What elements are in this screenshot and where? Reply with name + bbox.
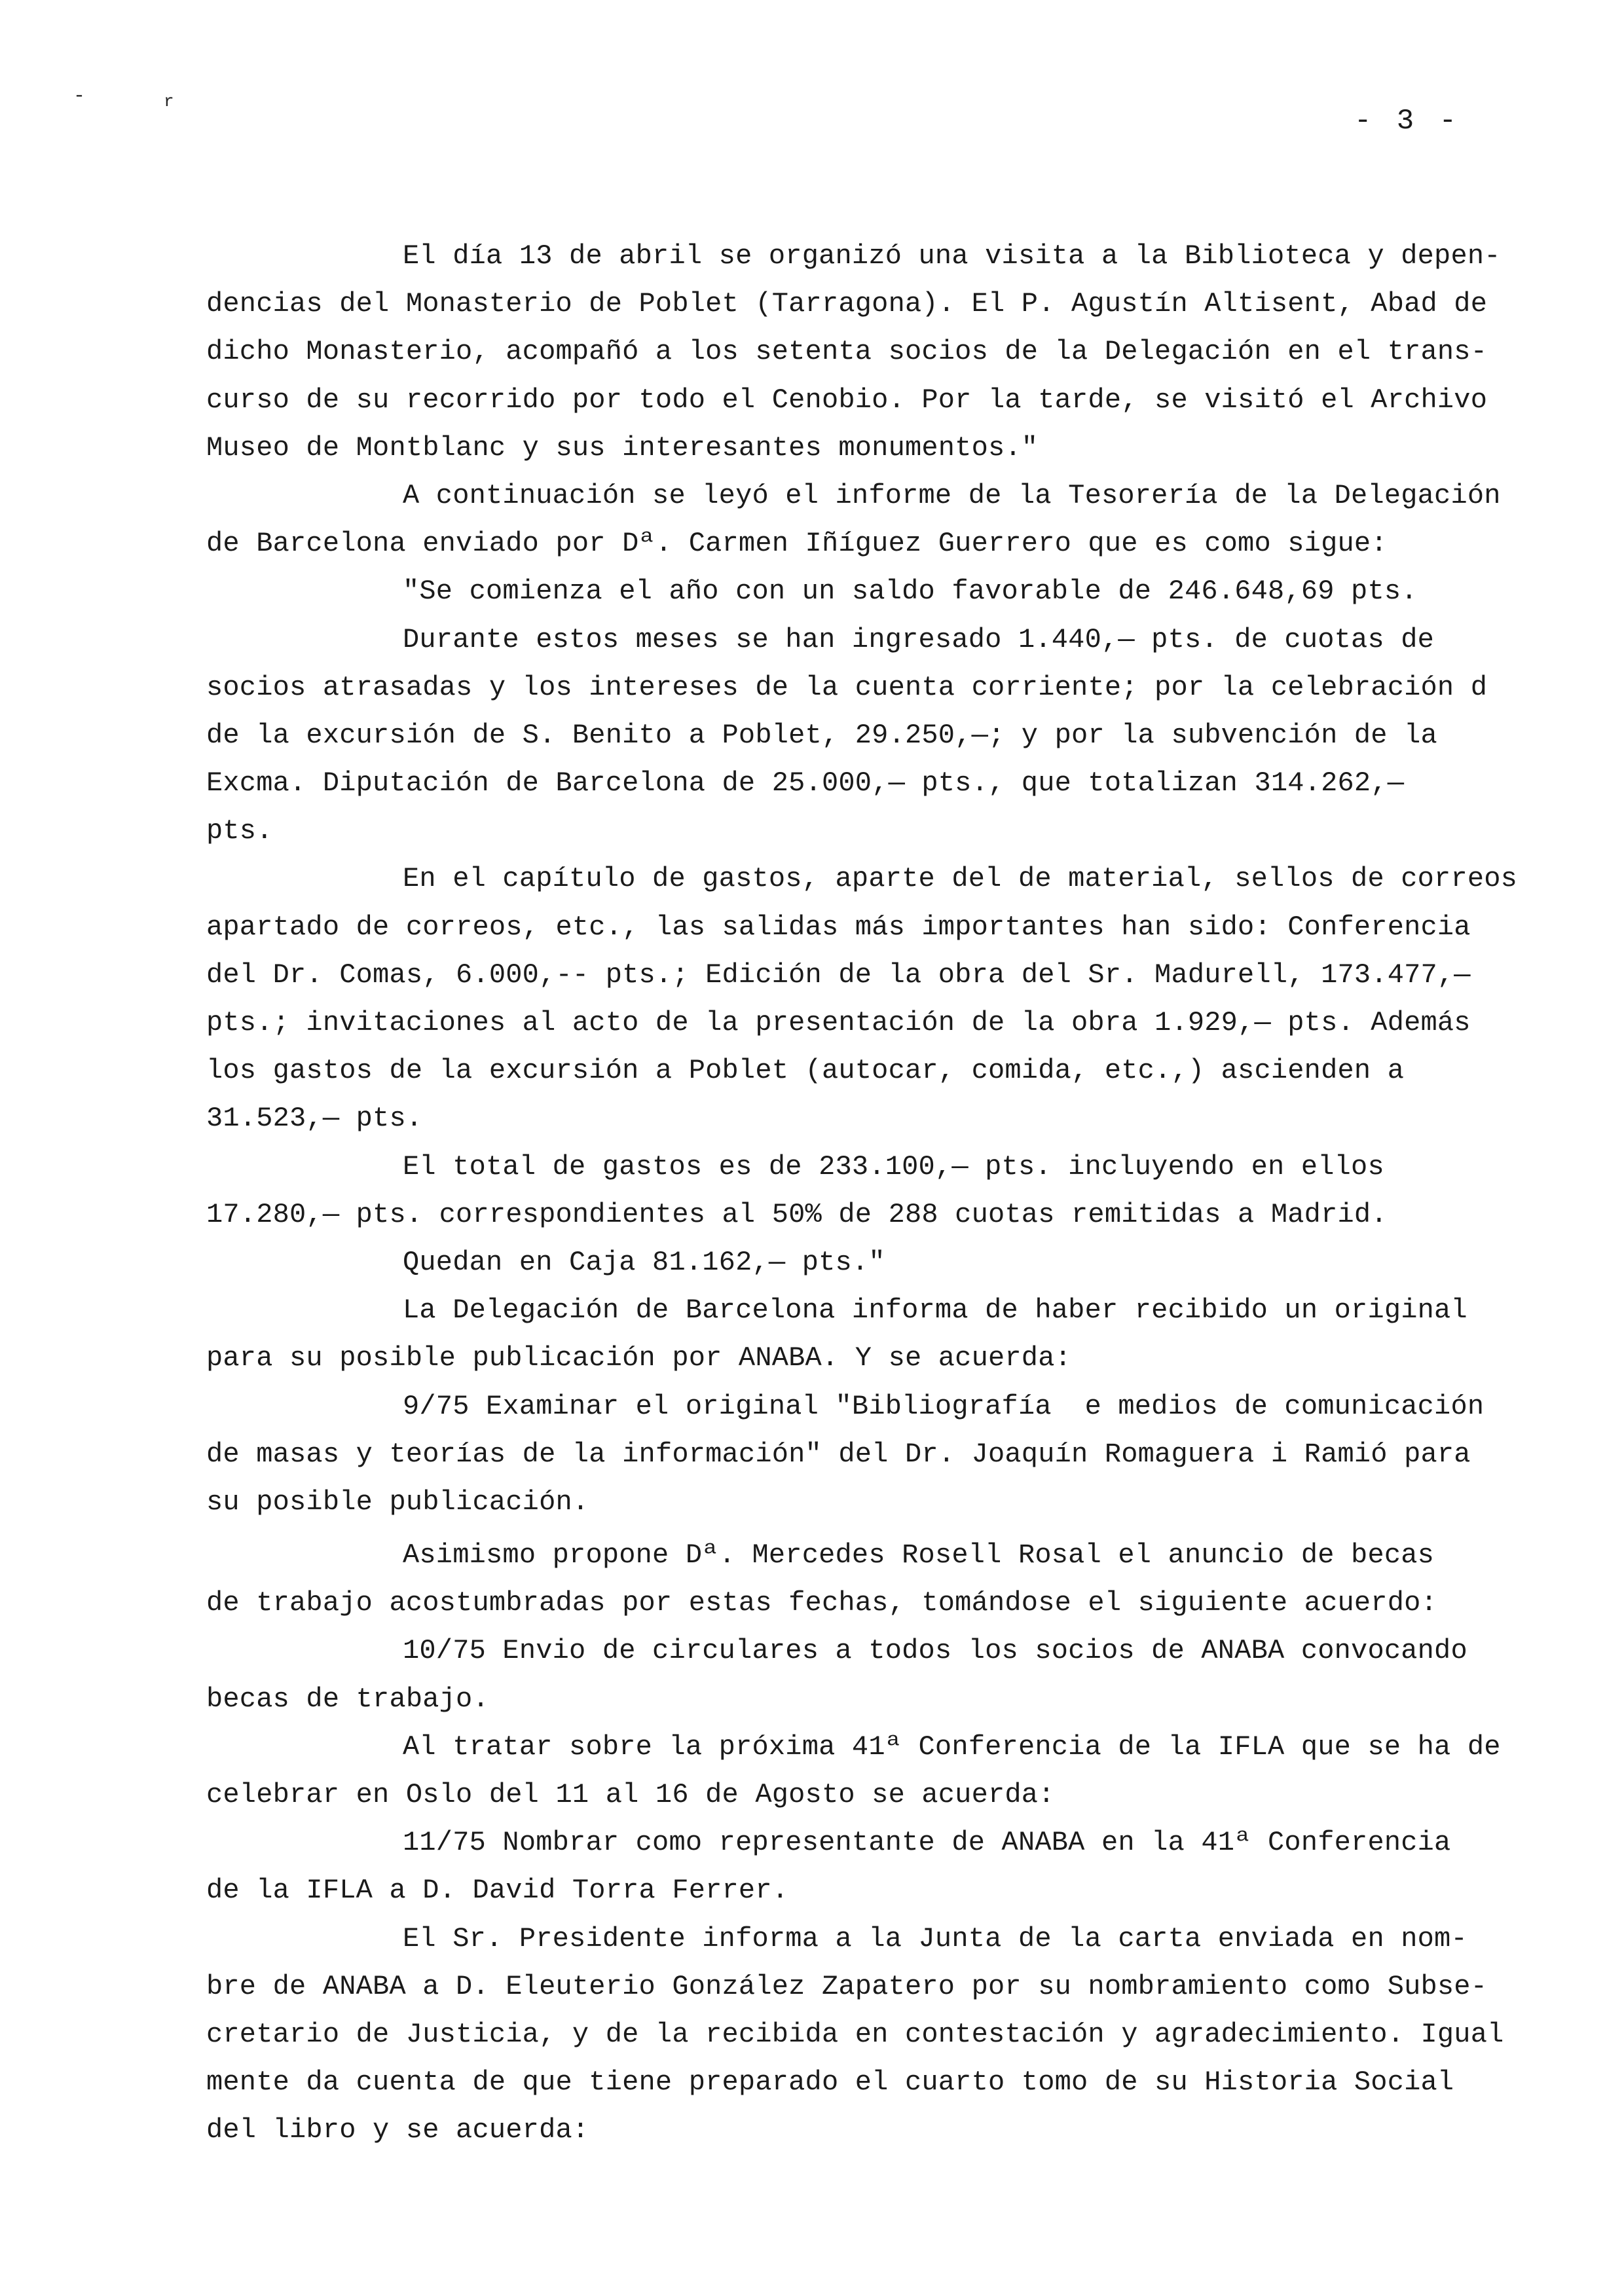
text-line: Durante estos meses se han ingresado 1.4…: [206, 616, 1516, 664]
text-line: pts.; invitaciones al acto de la present…: [206, 999, 1516, 1047]
text-line: 10/75 Envio de circulares a todos los so…: [206, 1627, 1516, 1675]
text-line: 11/75 Nombrar como representante de ANAB…: [206, 1819, 1516, 1867]
paragraph-original-recibido: La Delegación de Barcelona informa de ha…: [206, 1287, 1516, 1382]
text-line: dicho Monasterio, acompañó a los setenta…: [206, 328, 1516, 376]
stray-mark: -: [73, 85, 85, 107]
text-line: de trabajo acostumbradas por estas fecha…: [206, 1579, 1516, 1627]
text-line: de Barcelona enviado por Dª. Carmen Iñíg…: [206, 520, 1516, 568]
page-number: - 3 -: [1354, 105, 1460, 138]
paragraph-saldo-inicial: "Se comienza el año con un saldo favorab…: [206, 568, 1516, 615]
text-line: Museo de Montblanc y sus interesantes mo…: [206, 424, 1516, 472]
paragraph-ingresos: Durante estos meses se han ingresado 1.4…: [206, 616, 1516, 856]
text-line: su posible publicación.: [206, 1478, 1516, 1526]
text-line: del Dr. Comas, 6.000,-- pts.; Edición de…: [206, 951, 1516, 999]
text-line: El total de gastos es de 233.100,— pts. …: [206, 1143, 1516, 1191]
text-line: curso de su recorrido por todo el Cenobi…: [206, 376, 1516, 424]
paragraph-acuerdo-10-75: 10/75 Envio de circulares a todos los so…: [206, 1627, 1516, 1723]
paragraph-visita-poblet: El día 13 de abril se organizó una visit…: [206, 232, 1516, 472]
text-line: 31.523,— pts.: [206, 1095, 1516, 1143]
text-line: dencias del Monasterio de Poblet (Tarrag…: [206, 280, 1516, 328]
text-line: de la IFLA a D. David Torra Ferrer.: [206, 1867, 1516, 1915]
text-line: A continuación se leyó el informe de la …: [206, 472, 1516, 520]
text-line: La Delegación de Barcelona informa de ha…: [206, 1287, 1516, 1334]
paragraph-ifla: Al tratar sobre la próxima 41ª Conferenc…: [206, 1723, 1516, 1819]
paragraph-becas: Asimismo propone Dª. Mercedes Rosell Ros…: [206, 1532, 1516, 1627]
text-line: El día 13 de abril se organizó una visit…: [206, 232, 1516, 280]
text-line: Asimismo propone Dª. Mercedes Rosell Ros…: [206, 1532, 1516, 1579]
text-line: Al tratar sobre la próxima 41ª Conferenc…: [206, 1723, 1516, 1771]
paragraph-informe-tesoreria: A continuación se leyó el informe de la …: [206, 472, 1516, 568]
text-line: 9/75 Examinar el original "Bibliografía …: [206, 1383, 1516, 1431]
stray-mark: r: [164, 92, 174, 111]
text-line: los gastos de la excursión a Poblet (aut…: [206, 1047, 1516, 1095]
text-line: para su posible publicación por ANABA. Y…: [206, 1334, 1516, 1382]
text-line: El Sr. Presidente informa a la Junta de …: [206, 1915, 1516, 1963]
paragraph-saldo-caja: Quedan en Caja 81.162,— pts.": [206, 1239, 1516, 1287]
text-line: 17.280,— pts. correspondientes al 50% de…: [206, 1191, 1516, 1239]
paragraph-acuerdo-9-75: 9/75 Examinar el original "Bibliografía …: [206, 1383, 1516, 1527]
document-body: El día 13 de abril se organizó una visit…: [206, 232, 1516, 2155]
text-line: apartado de correos, etc., las salidas m…: [206, 904, 1516, 951]
text-line: mente da cuenta de que tiene preparado e…: [206, 2059, 1516, 2106]
text-line: de la excursión de S. Benito a Poblet, 2…: [206, 712, 1516, 760]
text-line: becas de trabajo.: [206, 1676, 1516, 1723]
paragraph-acuerdo-11-75: 11/75 Nombrar como representante de ANAB…: [206, 1819, 1516, 1915]
text-line: del libro y se acuerda:: [206, 2106, 1516, 2154]
text-line: de masas y teorías de la información" de…: [206, 1431, 1516, 1478]
text-line: Excma. Diputación de Barcelona de 25.000…: [206, 760, 1516, 807]
text-line: "Se comienza el año con un saldo favorab…: [206, 568, 1516, 615]
text-line: celebrar en Oslo del 11 al 16 de Agosto …: [206, 1771, 1516, 1819]
spacer: [206, 1526, 1516, 1532]
text-line: cretario de Justicia, y de la recibida e…: [206, 2011, 1516, 2059]
text-line: bre de ANABA a D. Eleuterio González Zap…: [206, 1963, 1516, 2011]
text-line: En el capítulo de gastos, aparte del de …: [206, 855, 1516, 903]
paragraph-total-gastos: El total de gastos es de 233.100,— pts. …: [206, 1143, 1516, 1239]
paragraph-gastos: En el capítulo de gastos, aparte del de …: [206, 855, 1516, 1143]
paragraph-presidente: El Sr. Presidente informa a la Junta de …: [206, 1915, 1516, 2155]
text-line: socios atrasadas y los intereses de la c…: [206, 664, 1516, 712]
text-line: Quedan en Caja 81.162,— pts.": [206, 1239, 1516, 1287]
text-line: pts.: [206, 807, 1516, 855]
